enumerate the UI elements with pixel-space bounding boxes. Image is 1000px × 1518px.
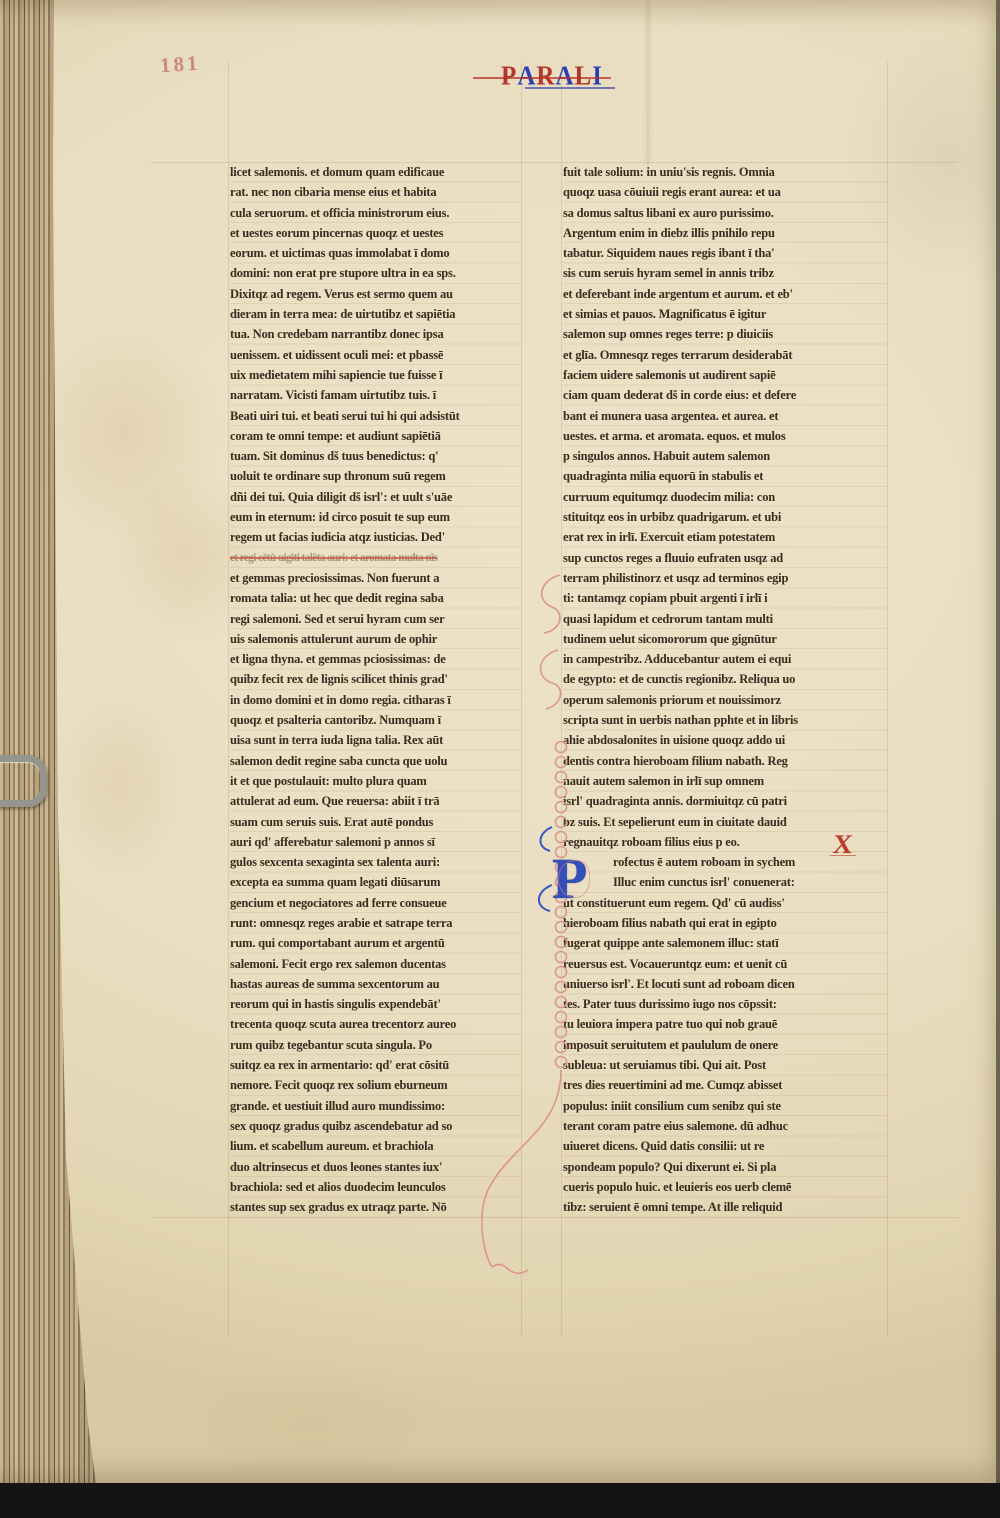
text-line: romata talia: ut hec que dedit regina sa… (230, 588, 522, 609)
parchment-crease (647, 0, 649, 165)
text-line: Beati uiri tui. et beati serui tui hi qu… (230, 405, 522, 426)
text-line: tua. Non credebam narrantibz donec ipsa (230, 324, 522, 345)
text-line: tibz: seruient ē omni tempe. At ille rel… (563, 1197, 887, 1218)
text-line: imposuit seruitutem et paululum de onere (563, 1034, 887, 1055)
text-line: uisa sunt in terra iuda ligna talia. Rex… (230, 730, 522, 751)
text-line: coram te omni tempe: et audiunt sapiētiā (230, 425, 522, 446)
text-line: tabatur. Siquidem naues regis ibant ī th… (563, 243, 887, 264)
text-line: ut constituerunt eum regem. Qd' cū audis… (563, 892, 887, 913)
text-line: grande. et uestiuit illud auro mundissim… (230, 1095, 522, 1116)
text-line: gulos sexcenta sexaginta sex talenta aur… (230, 852, 522, 873)
text-line: operum salemonis priorum et nouissimorz (563, 689, 887, 710)
text-line: quoqz uasa cōuiuii regis erant aurea: et… (563, 182, 887, 203)
text-line: nemore. Fecit quoqz rex solium eburneum (230, 1075, 522, 1096)
text-line: quibz fecit rex de lignis scilicet thini… (230, 669, 522, 690)
text-line: uis salemonis attulerunt aurum de ophir (230, 628, 522, 649)
text-line: trecenta quoqz scuta aurea trecentorz au… (230, 1014, 522, 1035)
ruling-line (228, 62, 229, 1337)
text-line: et deferebant inde argentum et aurum. et… (563, 283, 887, 304)
text-column-right: fuit tale solium: in uniu'sis regnis. Om… (563, 162, 887, 1217)
text-line: isrl' quadraginta annis. dormiuitqz cū p… (563, 791, 887, 812)
text-line: suam cum seruis suis. Erat autē pondus (230, 811, 522, 832)
text-line: tudinem uelut sicomororum que gignūtur (563, 628, 887, 649)
text-line: Argentum enim in diebz illis pnihilo rep… (563, 222, 887, 243)
text-line: dentis contra hieroboam filium nabath. R… (563, 750, 887, 771)
text-line: gencium et negociatores ad ferre consueu… (230, 892, 522, 913)
text-line: terant coram patre eius salemone. dū adh… (563, 1116, 887, 1137)
text-line: hieroboam filius nabath qui erat in egip… (563, 913, 887, 934)
text-line: p singulos annos. Habuit autem salemon (563, 446, 887, 467)
text-line: populus: iniit consilium cum senibz qui … (563, 1095, 887, 1116)
text-line: stantes sup sex gradus ex utraqz parte. … (230, 1197, 522, 1218)
text-line: regi salemoni. Sed et serui hyram cum se… (230, 608, 522, 629)
text-line: regem ut facias iudicia atqz iusticias. … (230, 527, 522, 548)
text-line: uoluit te ordinare sup thronum suū regem (230, 466, 522, 487)
text-line: bant ei munera uasa argentea. et aurea. … (563, 405, 887, 426)
text-line: cula seruorum. et officia ministrorum ei… (230, 202, 522, 223)
text-line: et gemmas preciosissimas. Non fuerunt a (230, 568, 522, 589)
text-line: quasi lapidum et cedrorum tantam multi (563, 608, 887, 629)
text-line: faciem uidere salemonis ut audirent sapi… (563, 365, 887, 386)
text-line: terram philistinorz et usqz ad terminos … (563, 568, 887, 589)
chapter-numeral: X (831, 829, 854, 860)
text-line: reorum qui in hastis singulis expendebāt… (230, 994, 522, 1015)
manuscript-photo: 181 PARALI licet salemonis. et domum qua… (0, 0, 1000, 1518)
text-line: rat. nec non cibaria mense eius et habit… (230, 182, 522, 203)
text-line: rum quibz tegebantur scuta singula. Po (230, 1034, 522, 1055)
text-line: ahie abdosalonites in uisione quoqz addo… (563, 730, 887, 751)
text-line: erat rex in irlī. Exercuit etiam potesta… (563, 527, 887, 548)
text-line: uix medietatem mihi sapiencie tue fuisse… (230, 365, 522, 386)
ruling-line (887, 62, 888, 1337)
text-line: salemon dedit regine saba cuncta que uol… (230, 750, 522, 771)
text-line: subleua: ut seruiamus tibi. Qui ait. Pos… (563, 1055, 887, 1076)
text-line: tu leuiora impera patre tuo qui nob grau… (563, 1014, 887, 1035)
text-line: tres dies reuertimini ad me. Cumqz abiss… (563, 1075, 887, 1096)
running-title-letter: R (536, 61, 555, 93)
text-line: et regi cētū uigīti talēta auri: et arom… (230, 547, 522, 568)
text-line: lium. et scabellum aureum. et brachiola (230, 1136, 522, 1157)
running-title-letter: A (555, 61, 574, 93)
illuminated-initial-P: P (552, 850, 604, 912)
text-line: curruum equitumqz duodecim milia: con (563, 486, 887, 507)
text-line: ciam quam dederat dš in corde eius: et d… (563, 385, 887, 406)
binding-clip (0, 755, 46, 795)
text-line: eorum. et uictimas quas immolabat ī domo (230, 243, 522, 264)
text-line: in domo domini et in domo regia. cithara… (230, 689, 522, 710)
text-line: sis cum seruis hyram semel in annis trib… (563, 263, 887, 284)
ruling-line (561, 62, 562, 1337)
photo-edge-shadow (996, 0, 1000, 1518)
text-line: uiueret dicens. Quid datis consilii: ut … (563, 1136, 887, 1157)
text-line: auri qd' afferebatur salemoni p annos sī (230, 831, 522, 852)
text-line: licet salemonis. et domum quam edificaue (230, 162, 522, 183)
text-line: fugerat quippe ante salemonem illuc: sta… (563, 933, 887, 954)
text-line: salemoni. Fecit ergo rex salemon ducenta… (230, 953, 522, 974)
text-line: spondeam populo? Qui dixerunt ei. Si pla (563, 1156, 887, 1177)
text-line: tes. Pater tuus durissimo iugo nos cōpss… (563, 994, 887, 1015)
running-title-letter: A (517, 61, 536, 93)
text-line: uestes. et arma. et aromata. equos. et m… (563, 425, 887, 446)
running-title-letter: I (592, 61, 603, 93)
text-line: uenissem. et uidissent oculi mei: et pba… (230, 344, 522, 365)
binding-clip-arm (0, 755, 47, 807)
text-line: excepta ea summa quam legati diūsarum (230, 872, 522, 893)
text-line: fuit tale solium: in uniu'sis regnis. Om… (563, 162, 887, 183)
text-line: et ligna thyna. et gemmas pciosissimas: … (230, 649, 522, 670)
text-line: narratam. Vicisti famam uirtutibz tuis. … (230, 385, 522, 406)
text-line: attulerat ad eum. Que reuersa: abiit ī t… (230, 791, 522, 812)
text-line: dieram in terra mea: de uirtutibz et sap… (230, 304, 522, 325)
folio-number: 181 (159, 51, 201, 79)
text-line: in campestribz. Adducebantur autem ei eq… (563, 649, 887, 670)
text-line: cueris populo huic. et leuieris eos uerb… (563, 1176, 887, 1197)
text-line: suitqz ea rex in armentario: qd' erat cō… (230, 1055, 522, 1076)
running-title-letter: L (575, 61, 593, 93)
text-line: eum in eternum: id circo posuit te sup e… (230, 507, 522, 528)
text-column-left: licet salemonis. et domum quam edificaue… (230, 162, 522, 1217)
text-line: quoqz et psalteria cantoribz. Numquam ī (230, 710, 522, 731)
running-title: PARALI (487, 62, 617, 92)
text-line: sex quoqz gradus quibz ascendebatur ad s… (230, 1116, 522, 1137)
text-line: hastas aureas de summa sexcentorum au (230, 973, 522, 994)
text-line: stituitqz eos in urbibz quadrigarum. et … (563, 507, 887, 528)
text-line: rum. qui comportabant aurum et argentū (230, 933, 522, 954)
text-line: tuam. Sit dominus dš tuus benedictus: q' (230, 446, 522, 467)
text-line: duo altrinsecus et duos leones stantes i… (230, 1156, 522, 1177)
photo-black-bar (0, 1483, 1000, 1518)
text-line: de egypto: et de cunctis regionibz. Reli… (563, 669, 887, 690)
running-title-letter: P (501, 61, 517, 93)
text-line: sa domus saltus libani ex auro purissimo… (563, 202, 887, 223)
text-line: reuersus est. Vocaueruntqz eum: et uenit… (563, 953, 887, 974)
text-line: et simias et pauos. Magnificatus ē igitu… (563, 304, 887, 325)
text-line: Illuc enim cunctus isrl' conuenerat: (563, 872, 887, 893)
text-line: salemon sup omnes reges terre: p diuicii… (563, 324, 887, 345)
text-line: uniuerso isrl'. Et locuti sunt ad roboam… (563, 973, 887, 994)
text-line: domini: non erat pre stupore ultra in ea… (230, 263, 522, 284)
text-line: Dixitqz ad regem. Verus est sermo quem a… (230, 283, 522, 304)
text-line: ti: tantamqz copiam pbuit argenti ī irlī… (563, 588, 887, 609)
text-line: sup cunctos reges a fluuio eufraten usqz… (563, 547, 887, 568)
text-line: et uestes eorum pincernas quoqz et ueste… (230, 222, 522, 243)
text-line: dñi dei tui. Quia diligit dš isrl': et u… (230, 486, 522, 507)
text-line: runt: omnesqz reges arabie et satrape te… (230, 913, 522, 934)
text-line: it et que postulauit: multo plura quam (230, 771, 522, 792)
text-line: nauit autem salemon in irlī sup omnem (563, 771, 887, 792)
text-line: et glīa. Omnesqz reges terrarum desidera… (563, 344, 887, 365)
text-line: scripta sunt in uerbis nathan pphte et i… (563, 710, 887, 731)
text-line: brachiola: sed et alios duodecim leuncul… (230, 1176, 522, 1197)
text-line: quadraginta milia equorū in stabulis et (563, 466, 887, 487)
